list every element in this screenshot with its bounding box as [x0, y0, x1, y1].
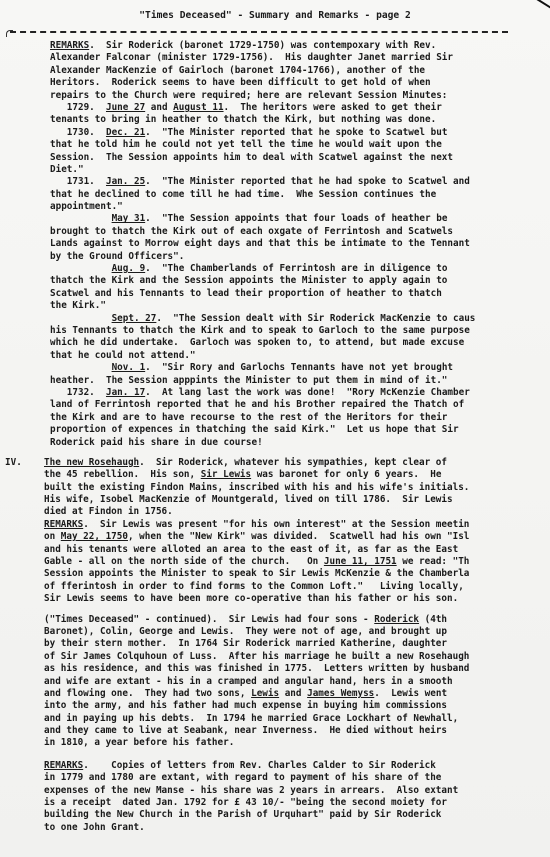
text-segment: Gable - all on the north side of the chu… [44, 556, 324, 567]
text-segment: . Sir Lewis was present "for his own int… [83, 519, 469, 530]
text-segment: and [145, 102, 173, 113]
text-segment: Scatwel and his Tennants to lead their p… [50, 288, 442, 299]
text-segment: . Copies of letters from Rev. Charles Ca… [83, 760, 436, 771]
text-segment: . The heritors were asked to get their [224, 102, 442, 113]
underlined-text: The new Rosehaugh [44, 457, 139, 468]
text-segment: Baronet), Colin, George and Lewis. They … [44, 626, 447, 637]
text-line: Lands against to Morrow eight days and t… [50, 238, 550, 250]
text-segment: building the New Church in the Parish of… [44, 809, 441, 820]
underlined-text: REMARKS [44, 760, 83, 771]
paragraph-gap [50, 449, 550, 457]
text-segment: Alexander Falconar (minister 1729-1756).… [50, 52, 453, 63]
text-line: heather. The Session apppints the Minist… [50, 375, 550, 387]
text-segment: we read: "Th [397, 556, 470, 567]
underlined-text: REMARKS [44, 519, 83, 530]
text-line: REMARKS. Sir Lewis was present "for his … [44, 519, 550, 531]
text-line: that he declined to come till he had tim… [50, 189, 550, 201]
section-number: IV. [5, 457, 22, 469]
text-segment: that he could not attend." [50, 350, 196, 361]
underlined-text: Lewis [251, 688, 279, 699]
text-line: to one John Grant. [44, 822, 550, 834]
text-segment: His wife, Isobel MacKenzie of Mountgeral… [44, 494, 453, 505]
text-segment: by the Ground Officers". [50, 251, 184, 262]
text-line: repairs to the Church were required; her… [50, 90, 550, 102]
text-line: Diet." [50, 164, 550, 176]
text-segment: of Sir James Colquhoun of Luss. After hi… [44, 651, 469, 662]
text-segment [50, 213, 112, 224]
text-line: built the existing Findon Mains, inscrib… [44, 482, 550, 494]
text-line: Heritors. Roderick seems to have been di… [50, 77, 550, 89]
text-segment: tenants to bring in heather to thatch th… [50, 114, 436, 125]
text-segment: and they came to live at Seabank, near I… [44, 725, 447, 736]
text-line: and wife are extant - his in a cramped a… [44, 676, 550, 688]
text-segment: . "The Session dealt with Sir Roderick M… [156, 313, 475, 324]
text-line: died at Findon in 1756. [44, 506, 550, 518]
underlined-text: August 11 [173, 102, 223, 113]
text-line: proportion of expences in thatching the … [50, 424, 550, 436]
underlined-text: Nov. 1 [112, 362, 146, 373]
underlined-text: Sir Lewis [201, 469, 251, 480]
text-segment: . At lang last the work was done! "Rory … [145, 387, 470, 398]
text-segment: thatch the Kirk and the Session appoints… [50, 275, 447, 286]
text-line: the 45 rebellion. His son, Sir Lewis was… [44, 469, 550, 481]
text-segment: brought to thatch the Kirk out of each o… [50, 226, 453, 237]
text-segment: expenses of the new Manse - his share wa… [44, 785, 458, 796]
text-segment: Heritors. Roderick seems to have been di… [50, 77, 431, 88]
text-line: land of Ferrintosh reported that he and … [50, 399, 550, 411]
text-segment: 1729. [50, 102, 106, 113]
text-line: Roderick paid his share in due course! [50, 437, 550, 449]
text-line: is a receipt dated Jan. 1792 for £ 43 10… [44, 797, 550, 809]
text-segment: repairs to the Church were required; her… [50, 90, 447, 101]
text-segment: built the existing Findon Mains, inscrib… [44, 482, 469, 493]
text-segment: 1730. [50, 127, 106, 138]
text-segment: (4th [419, 614, 447, 625]
text-segment [50, 313, 112, 324]
text-line: 1732. Jan. 17. At lang last the work was… [50, 387, 550, 399]
text-segment: the Kirk and are to have recourse to the… [50, 412, 447, 423]
text-line: of fferintosh in order to find forms to … [44, 581, 550, 593]
text-segment: in 1810, a year before his father. [44, 737, 234, 748]
underlined-text: Aug. 9 [112, 263, 146, 274]
paragraph-gap [50, 750, 550, 760]
text-segment: , when the "New Kirk" was divided. Scatw… [128, 531, 469, 542]
underlined-text: Sept. 27 [112, 313, 157, 324]
paragraph-gap [50, 606, 550, 614]
text-line: Alexander MacKenzie of Gairloch (baronet… [50, 65, 550, 77]
text-line: brought to thatch the Kirk out of each o… [50, 226, 550, 238]
text-line: on May 22, 1750, when the "New Kirk" was… [44, 531, 550, 543]
text-segment: appointment." [50, 201, 123, 212]
document-page: "Times Deceased" - Summary and Remarks -… [0, 0, 550, 857]
underlined-text: Jan. 17 [106, 387, 145, 398]
text-segment: and wife are extant - his in a cramped a… [44, 676, 453, 687]
text-line: as his residence, and this was finished … [44, 663, 550, 675]
text-line: 1730. Dec. 21. "The Minister reported th… [50, 127, 550, 139]
text-segment: . "The Minister reported that he spoke t… [145, 127, 447, 138]
text-segment: Session. The Session appoints him to dea… [50, 152, 453, 163]
text-line: Sir Lewis seems to have been more co-ope… [44, 593, 550, 605]
text-segment: which he did undertake. Garloch was spok… [50, 337, 464, 348]
text-line: REMARKS. Copies of letters from Rev. Cha… [44, 760, 550, 772]
text-segment [50, 263, 112, 274]
text-segment: and [279, 688, 307, 699]
text-line: REMARKS. Sir Roderick (baronet 1729-1750… [50, 40, 550, 52]
text-segment: by their stern mother. In 1764 Sir Roder… [44, 638, 447, 649]
text-line: Session appoints the Minister to speak t… [44, 568, 550, 580]
text-segment: Sir Lewis seems to have been more co-ope… [44, 593, 458, 604]
text-segment: died at Findon in 1756. [44, 506, 173, 517]
text-segment: . "The Chamberlands of Ferrintosh are in… [145, 263, 447, 274]
text-segment: 1731. [50, 176, 106, 187]
text-line: His wife, Isobel MacKenzie of Mountgeral… [44, 494, 550, 506]
text-line: Alexander Falconar (minister 1729-1756).… [50, 52, 550, 64]
text-segment: in 1779 and 1780 are extant, with regard… [44, 772, 441, 783]
text-segment: is a receipt dated Jan. 1792 for £ 43 10… [44, 797, 447, 808]
text-line: Baronet), Colin, George and Lewis. They … [44, 626, 550, 638]
text-line: Scatwel and his Tennants to lead their p… [50, 288, 550, 300]
page-header: "Times Deceased" - Summary and Remarks -… [0, 10, 550, 21]
text-line: building the New Church in the Parish of… [44, 809, 550, 821]
text-line: by the Ground Officers". [50, 251, 550, 263]
text-segment: and in paying up his debts. In 1794 he m… [44, 713, 458, 724]
underlined-text: Dec. 21 [106, 127, 145, 138]
text-line: ("Times Deceased" - continued). Sir Lewi… [44, 614, 550, 626]
text-segment: on [44, 531, 61, 542]
paragraph-remarks-1: REMARKS. Sir Roderick (baronet 1729-1750… [50, 40, 550, 449]
text-line: which he did undertake. Garloch was spok… [50, 337, 550, 349]
text-segment: proportion of expences in thatching the … [50, 424, 459, 435]
text-line: the Kirk and are to have recourse to the… [50, 412, 550, 424]
text-line: and they came to live at Seabank, near I… [44, 725, 550, 737]
text-line: that he told him he could not yet tell t… [50, 139, 550, 151]
text-line: in 1779 and 1780 are extant, with regard… [44, 772, 550, 784]
text-line: Aug. 9. "The Chamberlands of Ferrintosh … [50, 263, 550, 275]
paragraph-remarks-2: REMARKS. Copies of letters from Rev. Cha… [44, 760, 550, 834]
underlined-text: May 31 [112, 213, 146, 224]
text-segment: that he declined to come till he had tim… [50, 189, 436, 200]
underlined-text: Jan. 25 [106, 176, 145, 187]
text-segment: land of Ferrintosh reported that he and … [50, 399, 464, 410]
text-segment: and his tenants were alloted an area to … [44, 544, 458, 555]
text-segment: to one John Grant. [44, 822, 145, 833]
text-segment: of fferintosh in order to find forms to … [44, 581, 464, 592]
header-divider [10, 31, 508, 33]
underlined-text: James Wemyss [307, 688, 374, 699]
text-segment: as his residence, and this was finished … [44, 663, 469, 674]
document-body: REMARKS. Sir Roderick (baronet 1729-1750… [50, 40, 550, 834]
text-line: expenses of the new Manse - his share wa… [44, 785, 550, 797]
text-line: Gable - all on the north side of the chu… [44, 556, 550, 568]
text-segment: 1732. [50, 387, 106, 398]
text-segment: and flowing one. They had two sons, [44, 688, 251, 699]
underlined-text: Roderick [374, 614, 419, 625]
text-line: of Sir James Colquhoun of Luss. After hi… [44, 651, 550, 663]
text-segment: Lands against to Morrow eight days and t… [50, 238, 470, 249]
text-line: The new Rosehaugh. Sir Roderick, whateve… [44, 457, 550, 469]
text-segment: ("Times Deceased" - continued). Sir Lewi… [44, 614, 374, 625]
text-segment: . "Sir Rory and Garlochs Tennants have n… [145, 362, 453, 373]
text-line: the Kirk." [50, 300, 550, 312]
text-line: Nov. 1. "Sir Rory and Garlochs Tennants … [50, 362, 550, 374]
text-segment: the 45 rebellion. His son, [44, 469, 201, 480]
text-line: that he could not attend." [50, 350, 550, 362]
text-line: and his tenants were alloted an area to … [44, 544, 550, 556]
text-line: in 1810, a year before his father. [44, 737, 550, 749]
text-line: by their stern mother. In 1764 Sir Roder… [44, 638, 550, 650]
text-segment: . "The Minister reported that he had spo… [145, 176, 470, 187]
text-segment: Diet." [50, 164, 84, 175]
text-segment: into the army, and his father had much e… [44, 700, 447, 711]
text-line: May 31. "The Session appoints that four … [50, 213, 550, 225]
paragraph-section-iv: IV.The new Rosehaugh. Sir Roderick, what… [44, 457, 550, 606]
text-segment: that he told him he could not yet tell t… [50, 139, 442, 150]
text-segment [50, 362, 112, 373]
text-line: into the army, and his father had much e… [44, 700, 550, 712]
text-segment: was baronet for only 6 years. He [251, 469, 441, 480]
text-line: 1731. Jan. 25. "The Minister reported th… [50, 176, 550, 188]
text-segment: Session appoints the Minister to speak t… [44, 568, 469, 579]
text-segment: Alexander MacKenzie of Gairloch (baronet… [50, 65, 425, 76]
text-segment: . "The Session appoints that four loads … [145, 213, 447, 224]
text-line: Sept. 27. "The Session dealt with Sir Ro… [50, 313, 550, 325]
text-line: and flowing one. They had two sons, Lewi… [44, 688, 550, 700]
text-line: appointment." [50, 201, 550, 213]
text-segment: . Sir Roderick (baronet 1729-1750) was c… [89, 40, 436, 51]
text-line: 1729. June 27 and August 11. The heritor… [50, 102, 550, 114]
text-segment: . Sir Roderick, whatever his sympathies,… [139, 457, 447, 468]
text-segment: his Tennants to thatch the Kirk and to s… [50, 325, 470, 336]
text-line: his Tennants to thatch the Kirk and to s… [50, 325, 550, 337]
text-line: and in paying up his debts. In 1794 he m… [44, 713, 550, 725]
text-line: tenants to bring in heather to thatch th… [50, 114, 550, 126]
text-segment: heather. The Session apppints the Minist… [50, 375, 447, 386]
text-segment: the Kirk." [50, 300, 106, 311]
text-segment: Roderick paid his share in due course! [50, 437, 263, 448]
underlined-text: May 22, 1750 [61, 531, 128, 542]
underlined-text: REMARKS [50, 40, 89, 51]
underlined-text: June 11, 1751 [324, 556, 397, 567]
underlined-text: June 27 [106, 102, 145, 113]
paragraph-continued: ("Times Deceased" - continued). Sir Lewi… [44, 614, 550, 750]
text-line: Session. The Session appoints him to dea… [50, 152, 550, 164]
text-segment: . Lewis went [374, 688, 447, 699]
text-line: thatch the Kirk and the Session appoints… [50, 275, 550, 287]
